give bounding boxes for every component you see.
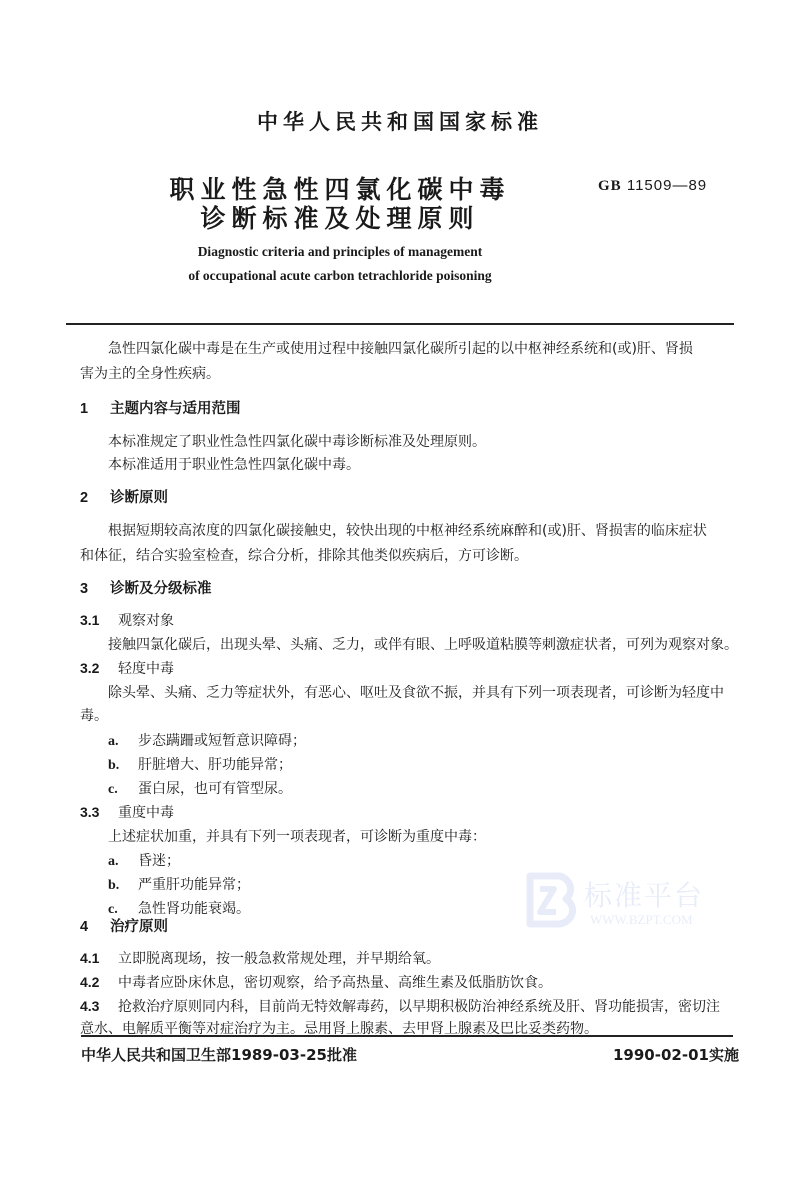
subsection-4-3-number: 4.3 [80, 998, 118, 1014]
list-item: b.肝脏增大、肝功能异常； [108, 754, 292, 774]
section-2-heading: 2诊断原则 [80, 486, 168, 507]
section-4-title: 治疗原则 [110, 919, 168, 935]
subsection-3-1-number: 3.1 [80, 612, 118, 628]
intro-line2: 害为主的全身性疾病。 [80, 363, 220, 383]
subsection-3-2-number: 3.2 [80, 660, 118, 676]
section-2-line1: 根据短期较高浓度的四氯化碳接触史，较快出现的中枢神经系统麻醉和(或)肝、肾损害的… [108, 520, 707, 540]
english-title-line2: of occupational acute carbon tetrachlori… [150, 268, 530, 284]
list-item-text: 昏迷； [138, 853, 180, 869]
list-item-text: 步态蹒跚或短暂意识障碍； [138, 733, 306, 749]
list-item: a.步态蹒跚或短暂意识障碍； [108, 730, 306, 750]
standard-code-prefix: GB [598, 178, 622, 194]
subsection-4-2-number: 4.2 [80, 974, 118, 990]
bzpt-logo-icon [526, 872, 578, 928]
effective-date: 1990-02-01实施 [613, 1044, 739, 1065]
standard-code: GB 11509—89 [598, 177, 707, 195]
english-title-line1: Diagnostic criteria and principles of ma… [150, 244, 530, 260]
subsection-4-2-text: 中毒者应卧床休息，密切观察，给予高热量、高维生素及低脂肪饮食。 [118, 975, 552, 991]
subsection-4-2: 4.2中毒者应卧床休息，密切观察，给予高热量、高维生素及低脂肪饮食。 [80, 972, 552, 992]
list-marker: c. [108, 782, 138, 798]
watermark: 标准平台 WWW.BZPT.COM [526, 872, 726, 932]
subsection-3-1-line1: 接触四氯化碳后，出现头晕、头痛、乏力，或伴有眼、上呼吸道粘膜等刺激症状者，可列为… [108, 634, 738, 654]
section-2-number: 2 [80, 490, 110, 506]
section-3-number: 3 [80, 581, 110, 597]
intro-line1: 急性四氯化碳中毒是在生产或使用过程中接触四氯化碳所引起的以中枢神经系统和(或)肝… [108, 338, 693, 358]
list-item-text: 严重肝功能异常； [138, 877, 250, 893]
subsection-3-2-line1: 除头晕、头痛、乏力等症状外，有恶心、呕吐及食欲不振，并具有下列一项表现者，可诊断… [108, 682, 724, 702]
subsection-3-1-title: 观察对象 [118, 613, 174, 629]
list-item: c.蛋白尿，也可有管型尿。 [108, 778, 292, 798]
list-marker: a. [108, 734, 138, 750]
section-4-number: 4 [80, 919, 110, 935]
subsection-4-1-text: 立即脱离现场，按一般急救常规处理，并早期给氧。 [118, 951, 440, 967]
section-1-title: 主题内容与适用范围 [110, 401, 241, 417]
section-1-line1: 本标准规定了职业性急性四氯化碳中毒诊断标准及处理原则。 [108, 431, 486, 451]
subsection-3-3-number: 3.3 [80, 804, 118, 820]
standard-code-number: 11509—89 [627, 177, 707, 194]
subsection-3-2-title: 轻度中毒 [118, 661, 174, 677]
list-marker: b. [108, 878, 138, 894]
document-title-line2: 诊断标准及处理原则 [160, 199, 520, 235]
section-3-heading: 3诊断及分级标准 [80, 577, 212, 598]
section-1-line2: 本标准适用于职业性急性四氯化碳中毒。 [108, 454, 360, 474]
approval-info: 中华人民共和国卫生部1989-03-25批准 [81, 1044, 357, 1065]
national-standard-label: 中华人民共和国国家标准 [0, 106, 800, 136]
subsection-4-3: 4.3抢救治疗原则同内科，目前尚无特效解毒药，以早期积极防治神经系统及肝、肾功能… [80, 996, 720, 1016]
list-item-text: 蛋白尿，也可有管型尿。 [138, 781, 292, 797]
subsection-3-3-title: 重度中毒 [118, 805, 174, 821]
subsection-3-2-heading: 3.2轻度中毒 [80, 658, 174, 678]
watermark-text: 标准平台 [584, 874, 704, 914]
list-item: b.严重肝功能异常； [108, 874, 250, 894]
subsection-3-3-heading: 3.3重度中毒 [80, 802, 174, 822]
section-2-line2: 和体征，结合实验室检查，综合分析，排除其他类似疾病后，方可诊断。 [80, 545, 528, 565]
bottom-divider [81, 1035, 733, 1037]
section-1-number: 1 [80, 401, 110, 417]
subsection-4-3-text: 抢救治疗原则同内科，目前尚无特效解毒药，以早期积极防治神经系统及肝、肾功能损害，… [118, 999, 720, 1015]
section-2-title: 诊断原则 [110, 490, 168, 506]
subsection-4-1-number: 4.1 [80, 950, 118, 966]
list-item: a.昏迷； [108, 850, 180, 870]
subsection-3-1-heading: 3.1观察对象 [80, 610, 174, 630]
subsection-3-2-line2: 毒。 [80, 705, 108, 725]
list-marker: b. [108, 758, 138, 774]
list-item-text: 肝脏增大、肝功能异常； [138, 757, 292, 773]
section-1-heading: 1主题内容与适用范围 [80, 397, 241, 418]
list-marker: a. [108, 854, 138, 870]
subsection-4-1: 4.1立即脱离现场，按一般急救常规处理，并早期给氧。 [80, 948, 440, 968]
watermark-url: WWW.BZPT.COM [590, 912, 693, 928]
section-3-title: 诊断及分级标准 [110, 581, 212, 597]
section-4-heading: 4治疗原则 [80, 915, 168, 936]
subsection-3-3-line1: 上述症状加重，并具有下列一项表现者，可诊断为重度中毒： [108, 826, 486, 846]
top-divider [66, 323, 734, 325]
